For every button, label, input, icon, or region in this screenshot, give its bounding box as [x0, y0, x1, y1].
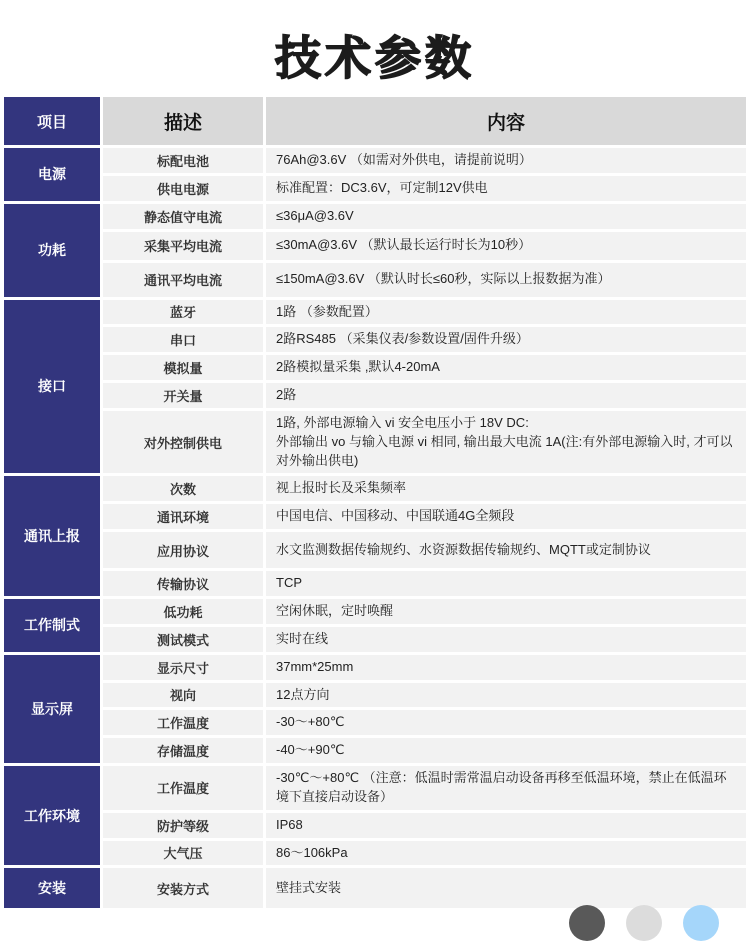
- section-cell-display: 显示屏: [4, 655, 100, 763]
- desc-cell: 存储温度: [103, 738, 263, 763]
- desc-cell: 蓝牙: [103, 300, 263, 325]
- table-row: 传输协议 TCP: [4, 571, 746, 596]
- desc-cell: 工作温度: [103, 710, 263, 735]
- table-row: 通讯平均电流 ≤150mA@3.6V （默认时长≤60秒，实际以上报数据为准）: [4, 263, 746, 297]
- content-cell: 2路: [266, 383, 746, 408]
- content-cell: -40～+90℃: [266, 738, 746, 763]
- table-row: 对外控制供电 1路, 外部电源输入 vi 安全电压小于 18V DC: 外部输出…: [4, 411, 746, 474]
- table-row: 工作环境 工作温度 -30℃～+80℃ （注意：低温时需常温启动设备再移至低温环…: [4, 766, 746, 810]
- table-row: 测试模式 实时在线: [4, 627, 746, 652]
- header-content: 内容: [266, 97, 746, 145]
- desc-cell: 供电电源: [103, 176, 263, 201]
- desc-cell: 静态值守电流: [103, 204, 263, 229]
- content-cell: TCP: [266, 571, 746, 596]
- desc-cell: 采集平均电流: [103, 232, 263, 260]
- table-row: 供电电源 标准配置：DC3.6V，可定制12V供电: [4, 176, 746, 201]
- table-row: 视向 12点方向: [4, 683, 746, 708]
- table-row: 开关量 2路: [4, 383, 746, 408]
- table-row: 安装 安装方式 壁挂式安装: [4, 868, 746, 908]
- content-cell: IP68: [266, 813, 746, 838]
- page-title: 技术参数: [0, 0, 750, 88]
- content-cell: ≤30mA@3.6V （默认最长运行时长为10秒）: [266, 232, 746, 260]
- desc-cell: 安装方式: [103, 868, 263, 908]
- content-cell: 空闲休眠，定时唤醒: [266, 599, 746, 624]
- content-cell: 86～106kPa: [266, 841, 746, 866]
- table-row: 大气压 86～106kPa: [4, 841, 746, 866]
- content-cell: 1路, 外部电源输入 vi 安全电压小于 18V DC: 外部输出 vo 与输入…: [266, 411, 746, 474]
- desc-cell: 显示尺寸: [103, 655, 263, 680]
- desc-cell: 串口: [103, 327, 263, 352]
- dot-indicators: [569, 905, 719, 941]
- table-row: 存储温度 -40～+90℃: [4, 738, 746, 763]
- header-item: 项目: [4, 97, 100, 145]
- desc-cell: 通讯环境: [103, 504, 263, 529]
- desc-cell: 工作温度: [103, 766, 263, 810]
- header-desc: 描述: [103, 97, 263, 145]
- table-row: 功耗 静态值守电流 ≤36μA@3.6V: [4, 204, 746, 229]
- content-cell: -30～+80℃: [266, 710, 746, 735]
- content-cell: 壁挂式安装: [266, 868, 746, 908]
- desc-cell: 通讯平均电流: [103, 263, 263, 297]
- desc-cell: 低功耗: [103, 599, 263, 624]
- desc-cell: 开关量: [103, 383, 263, 408]
- table-row: 串口 2路RS485 （采集仪表/参数设置/固件升级）: [4, 327, 746, 352]
- content-cell: 水文监测数据传输规约、水资源数据传输规约、MQTT或定制协议: [266, 532, 746, 568]
- desc-cell: 次数: [103, 476, 263, 501]
- desc-cell: 传输协议: [103, 571, 263, 596]
- content-cell: 37mm*25mm: [266, 655, 746, 680]
- table-row: 模拟量 2路模拟量采集 ,默认4-20mA: [4, 355, 746, 380]
- spec-table: 项目 描述 内容 电源 标配电池 76Ah@3.6V （如需对外供电，请提前说明…: [1, 94, 749, 911]
- dark-gray-dot[interactable]: [569, 905, 605, 941]
- table-row: 接口 蓝牙 1路 （参数配置）: [4, 300, 746, 325]
- table-row: 采集平均电流 ≤30mA@3.6V （默认最长运行时长为10秒）: [4, 232, 746, 260]
- content-cell: ≤36μA@3.6V: [266, 204, 746, 229]
- desc-cell: 测试模式: [103, 627, 263, 652]
- content-cell: -30℃～+80℃ （注意：低温时需常温启动设备再移至低温环境，禁止在低温环境下…: [266, 766, 746, 810]
- section-cell-reporting: 通讯上报: [4, 476, 100, 596]
- section-cell-interface: 接口: [4, 300, 100, 474]
- light-gray-dot[interactable]: [626, 905, 662, 941]
- content-cell: 中国电信、中国移动、中国联通4G全频段: [266, 504, 746, 529]
- desc-cell: 防护等级: [103, 813, 263, 838]
- table-row: 应用协议 水文监测数据传输规约、水资源数据传输规约、MQTT或定制协议: [4, 532, 746, 568]
- desc-cell: 对外控制供电: [103, 411, 263, 474]
- table-row: 显示屏 显示尺寸 37mm*25mm: [4, 655, 746, 680]
- desc-cell: 模拟量: [103, 355, 263, 380]
- content-cell: 1路 （参数配置）: [266, 300, 746, 325]
- table-row: 通讯环境 中国电信、中国移动、中国联通4G全频段: [4, 504, 746, 529]
- content-cell: 2路RS485 （采集仪表/参数设置/固件升级）: [266, 327, 746, 352]
- desc-cell: 应用协议: [103, 532, 263, 568]
- table-row: 工作制式 低功耗 空闲休眠，定时唤醒: [4, 599, 746, 624]
- light-blue-dot[interactable]: [683, 905, 719, 941]
- section-cell-consumption: 功耗: [4, 204, 100, 297]
- desc-cell: 大气压: [103, 841, 263, 866]
- content-cell: 实时在线: [266, 627, 746, 652]
- content-cell: ≤150mA@3.6V （默认时长≤60秒，实际以上报数据为准）: [266, 263, 746, 297]
- table-row: 工作温度 -30～+80℃: [4, 710, 746, 735]
- section-cell-power: 电源: [4, 148, 100, 201]
- section-cell-installation: 安装: [4, 868, 100, 908]
- table-row: 电源 标配电池 76Ah@3.6V （如需对外供电，请提前说明）: [4, 148, 746, 173]
- content-cell: 12点方向: [266, 683, 746, 708]
- desc-cell: 标配电池: [103, 148, 263, 173]
- table-header-row: 项目 描述 内容: [4, 97, 746, 145]
- content-cell: 标准配置：DC3.6V，可定制12V供电: [266, 176, 746, 201]
- content-cell: 76Ah@3.6V （如需对外供电，请提前说明）: [266, 148, 746, 173]
- spec-page: 技术参数 项目 描述 内容 电源 标配电池 76Ah@3.6V （如需对外供电，…: [0, 0, 750, 949]
- content-cell: 视上报时长及采集频率: [266, 476, 746, 501]
- table-row: 防护等级 IP68: [4, 813, 746, 838]
- section-cell-work-mode: 工作制式: [4, 599, 100, 652]
- section-cell-environment: 工作环境: [4, 766, 100, 865]
- desc-cell: 视向: [103, 683, 263, 708]
- content-cell: 2路模拟量采集 ,默认4-20mA: [266, 355, 746, 380]
- table-row: 通讯上报 次数 视上报时长及采集频率: [4, 476, 746, 501]
